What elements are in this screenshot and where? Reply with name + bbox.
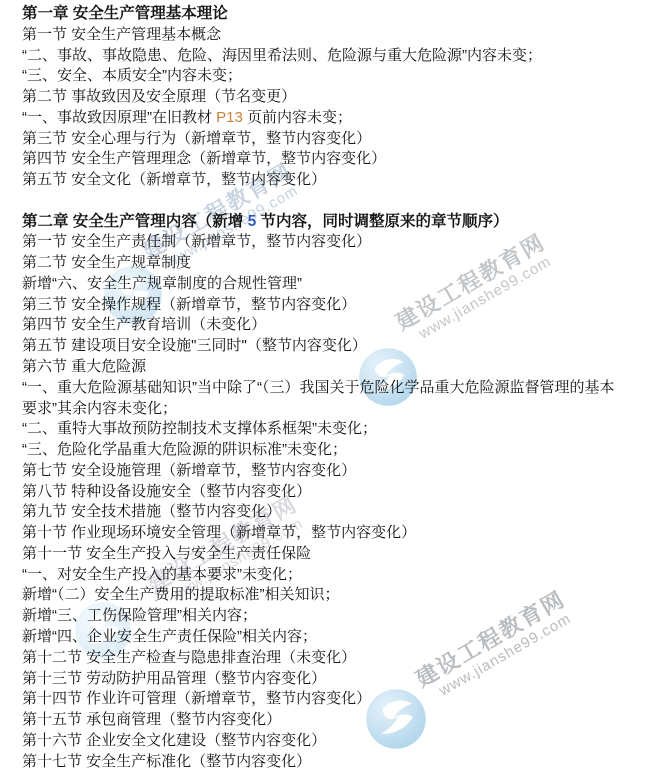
document-line: 第二节 事故致因及安全原理（节名变更） [22,87,645,108]
document-line: 第五节 建设项目安全设施"三同时"（整节内容变化） [22,336,645,357]
document-line: 第十三节 劳动防护用品管理（整节内容变化） [22,669,645,690]
document-line: “二、重特大事故预防控制技术支撑体系框架”未变化； [22,419,645,440]
document-line: 第十二节 安全生产检查与隐患排查治理（未变化） [22,648,645,669]
document-line: 第一节 安全生产责任制（新增章节，整节内容变化） [22,232,645,253]
document-line: 新增“六、安全生产规章制度的合规性管理” [22,274,645,295]
line-text: “一、事故致因原理”在旧教材 [22,109,216,126]
section-count: 5 [248,213,257,230]
line-text: 节内容，同时调整原来的章节顺序） [256,213,508,230]
chapter-1-heading: 第一章 安全生产管理基本理论 [22,4,645,25]
document-line: 第四节 安全生产教育培训（未变化） [22,315,645,336]
document-line: 第六节 重大危险源 [22,357,645,378]
page-reference: P13 [216,109,243,126]
document-line: 第十四节 作业许可管理（新增章节，整节内容变化） [22,689,645,710]
document-line: 第十一节 安全生产投入与安全生产责任保险 [22,544,645,565]
document-line: “一、事故致因原理”在旧教材 P13 页前内容未变； [22,108,645,129]
document-line: 新增“（二）安全生产费用的提取标准”相关知识； [22,585,645,606]
document-line: 第十六节 企业安全文化建设（整节内容变化） [22,731,645,752]
document-line: 第九节 安全技术措施（整节内容变化） [22,502,645,523]
document-line: 第十节 作业现场环境安全管理（新增章节，整节内容变化） [22,523,645,544]
document-line: 第七节 安全设施管理（新增章节，整节内容变化） [22,461,645,482]
document-line: 第十五节 承包商管理（整节内容变化） [22,710,645,731]
document-line: 第三节 安全操作规程（新增章节，整节内容变化） [22,295,645,316]
document-line: 新增“三、工伤保险管理”相关内容； [22,606,645,627]
document-line: 第五节 安全文化（新增章节，整节内容变化） [22,170,645,191]
document-line: 新增“四、企业安全生产责任保险”相关内容； [22,627,645,648]
line-text: 页前内容未变； [243,109,352,126]
blank-line [22,191,645,212]
document-line: “三、安全、本质安全”内容未变； [22,66,645,87]
line-text: 第二章 安全生产管理内容（新增 [22,213,248,230]
document-body: 第一章 安全生产管理基本理论 第一节 安全生产管理基本概念 “二、事故、事故隐患… [0,0,645,772]
document-line: 第八节 特种设备设施安全（整节内容变化） [22,482,645,503]
document-line: 第一节 安全生产管理基本概念 [22,25,645,46]
document-line: 要求”其余内容未变化； [22,399,645,420]
document-line: “二、事故、事故隐患、危险、海因里希法则、危险源与重大危险源”内容未变； [22,46,645,67]
document-line: 第二节 安全生产规章制度 [22,253,645,274]
document-line: 第三节 安全心理与行为（新增章节，整节内容变化） [22,129,645,150]
document-line: “一、对安全生产投入的基本要求”未变化； [22,565,645,586]
document-page: 建设工程教育网 www.jianshe99.com 建设工程教育网 www.ji… [0,0,645,773]
document-line: “三、危险化学晶重大危险源的阱识标准”未变化； [22,440,645,461]
document-line: “一、重大危险源基础知识”当中除了“（三）我国关于危险化学品重大危险源监督管理的… [22,378,645,399]
chapter-2-heading: 第二章 安全生产管理内容（新增 5 节内容，同时调整原来的章节顺序） [22,212,645,233]
document-line: 第四节 安全生产管理理念（新增章节，整节内容变化） [22,149,645,170]
document-line: 第十七节 安全生产标准化（整节内容变化） [22,752,645,773]
